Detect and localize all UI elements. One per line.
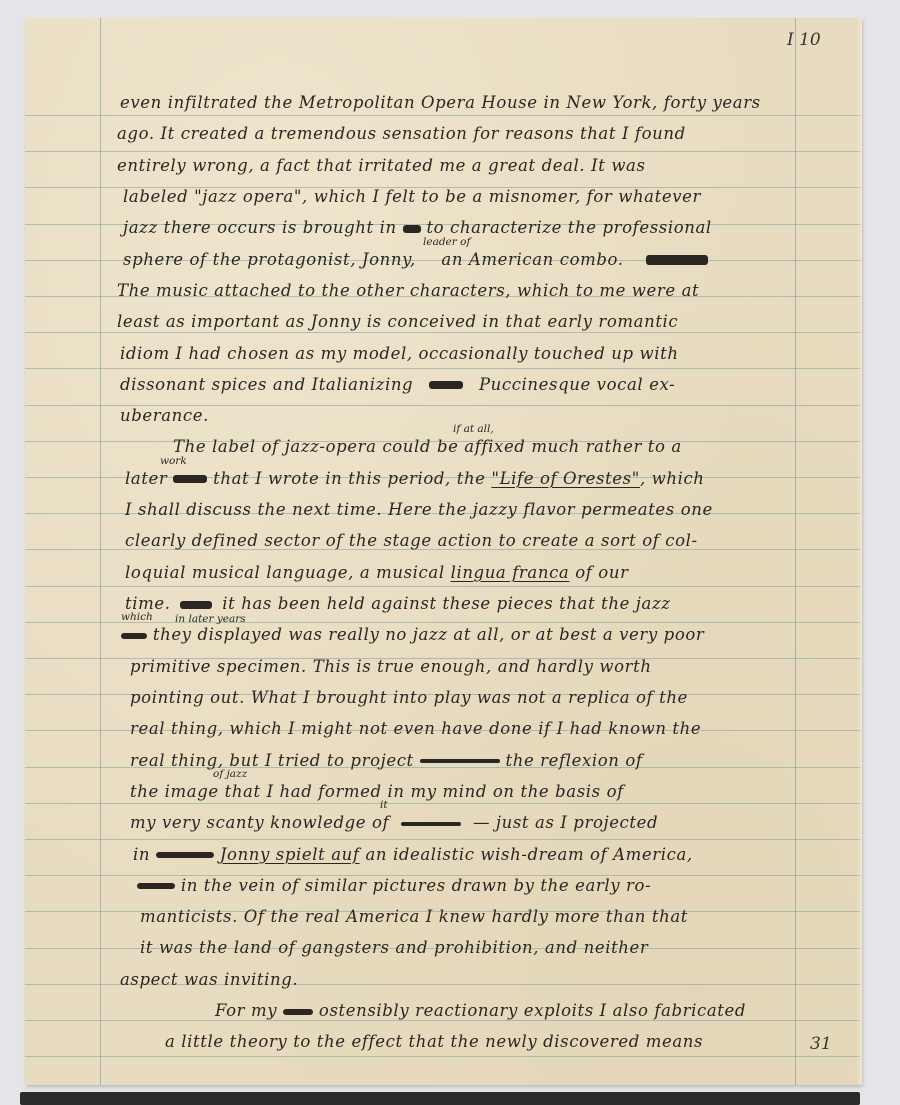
text-line-15: clearly defined sector of the stage acti… [125, 531, 698, 550]
text-line-28: it was the land of gangsters and prohibi… [140, 938, 648, 957]
text-segment: it has been held against these pieces th… [222, 594, 670, 613]
text-line-25: in x Jonny spielt auf an idealistic wish… [133, 845, 693, 864]
text-segment: time. [125, 594, 171, 613]
text-line-30: For my x ostensibly reactionary exploits… [215, 1001, 746, 1020]
text-line-11: uberance. [120, 406, 209, 425]
text-segment: in [133, 845, 150, 864]
text-line-14: I shall discuss the next time. Here the … [125, 500, 713, 519]
ruled-line [25, 839, 862, 840]
phrase-underlined: lingua franca [451, 563, 570, 582]
ruled-line [25, 151, 862, 152]
title-underlined: Jonny spielt auf [220, 845, 360, 864]
insertion-leader-of: leader of [423, 236, 470, 248]
insertion-it: it [380, 799, 388, 811]
text-line-21: real thing, which I might not even have … [130, 719, 701, 738]
ruled-line [25, 115, 862, 116]
ruled-line [25, 803, 862, 804]
text-line-5: jazz there occurs is brought in x to cha… [123, 218, 712, 237]
text-line-20: pointing out. What I brought into play w… [130, 688, 688, 707]
insertion-in-later-years: in later years [175, 613, 246, 625]
folio-number: I 10 [787, 30, 821, 50]
text-segment: dissonant spices and Italianizing [120, 375, 413, 394]
text-segment: For my [215, 1001, 277, 1020]
text-segment: ostensibly reactionary exploits I also f… [319, 1001, 746, 1020]
text-segment: that I wrote in this period, the [213, 469, 485, 488]
text-line-4: labeled "jazz opera", which I felt to be… [123, 187, 701, 206]
text-line-27: manticists. Of the real America I knew h… [140, 907, 688, 926]
text-segment: The label of jazz-opera could [173, 437, 431, 456]
text-line-29: aspect was inviting. [120, 970, 298, 989]
insertion-if-at-all: if at all, [453, 423, 494, 435]
crossed-out-word: x [429, 381, 463, 389]
text-line-18: x they displayed was really no jazz at a… [121, 625, 704, 644]
text-segment: later [125, 469, 167, 488]
crossed-out-word: x [180, 601, 212, 609]
manuscript-page: I 10 even infiltrated the Metropolitan O… [25, 18, 862, 1085]
text-segment: my very scanty knowledge of [130, 813, 389, 832]
text-line-16: loquial musical language, a musical ling… [125, 563, 629, 582]
text-line-3: entirely wrong, a fact that irritated me… [117, 156, 646, 175]
insertion-work: work [160, 455, 187, 467]
text-line-24: my very scanty knowledge of x — just as … [130, 813, 658, 832]
text-segment: be affixed much rather to a [437, 437, 682, 456]
scanner-bed-edge [20, 1092, 860, 1105]
text-segment: an idealistic wish-dream of America, [365, 845, 692, 864]
left-margin-line [100, 18, 101, 1085]
text-line-13: later x that I wrote in this period, the… [125, 469, 705, 488]
ruled-line [25, 1056, 862, 1057]
text-line-7: The music attached to the other characte… [117, 281, 699, 300]
insertion-of-jazz: of jazz [213, 768, 247, 780]
text-segment: loquial musical language, a musical [125, 563, 445, 582]
crossed-out-word: x [420, 759, 500, 763]
text-segment: of our [575, 563, 628, 582]
text-line-17: time. x it has been held against these p… [125, 594, 671, 613]
text-segment: an American combo. [441, 250, 623, 269]
text-segment: sphere of the protagonist, Jonny, [123, 250, 416, 269]
page-number: 31 [810, 1034, 832, 1054]
text-line-9: idiom I had chosen as my model, occasion… [120, 344, 679, 363]
crossed-out-word: x [137, 883, 175, 889]
text-segment: , which [640, 469, 705, 488]
text-segment: the reflexion of [505, 751, 642, 770]
text-line-12: The label of jazz-opera could be affixed… [173, 437, 682, 456]
text-line-2: ago. It created a tremendous sensation f… [117, 124, 686, 143]
text-segment: real thing, but I tried to project [130, 751, 414, 770]
text-line-22: real thing, but I tried to project x the… [130, 751, 643, 770]
ruled-line [25, 1020, 862, 1021]
text-line-6: sphere of the protagonist, Jonny, an Ame… [123, 250, 708, 269]
text-segment: — just as I projected [473, 813, 658, 832]
crossed-out-word: x [646, 255, 708, 265]
text-line-19: primitive specimen. This is true enough,… [130, 657, 652, 676]
crossed-out-word: x [283, 1009, 313, 1015]
crossed-out-word: x [156, 852, 214, 858]
title-underlined: "Life of Orestes" [491, 469, 640, 488]
right-margin-line [795, 18, 796, 1085]
text-segment: they displayed was really no jazz at all… [153, 625, 705, 644]
text-segment: Puccinesque vocal ex- [479, 375, 675, 394]
text-line-10: dissonant spices and Italianizing x Pucc… [120, 375, 675, 394]
ruled-line [25, 368, 862, 369]
ruled-line [25, 586, 862, 587]
text-segment: in the vein of similar pictures drawn by… [181, 876, 651, 895]
text-segment: to characterize the professional [426, 218, 711, 237]
text-line-23: the image that I had formed in my mind o… [130, 782, 624, 801]
text-segment: jazz there occurs is brought in [123, 218, 397, 237]
crossed-out-word: x [173, 475, 207, 483]
text-line-26: x in the vein of similar pictures drawn … [137, 876, 651, 895]
crossed-out-word: x [121, 633, 147, 639]
text-line-31: a little theory to the effect that the n… [165, 1032, 703, 1051]
ruled-line [25, 332, 862, 333]
crossed-out-word: x [401, 822, 461, 826]
text-line-1: even infiltrated the Metropolitan Opera … [120, 93, 761, 112]
crossed-out-word: x [403, 225, 421, 233]
insertion-which: which [121, 611, 153, 623]
text-line-8: least as important as Jonny is conceived… [117, 312, 678, 331]
